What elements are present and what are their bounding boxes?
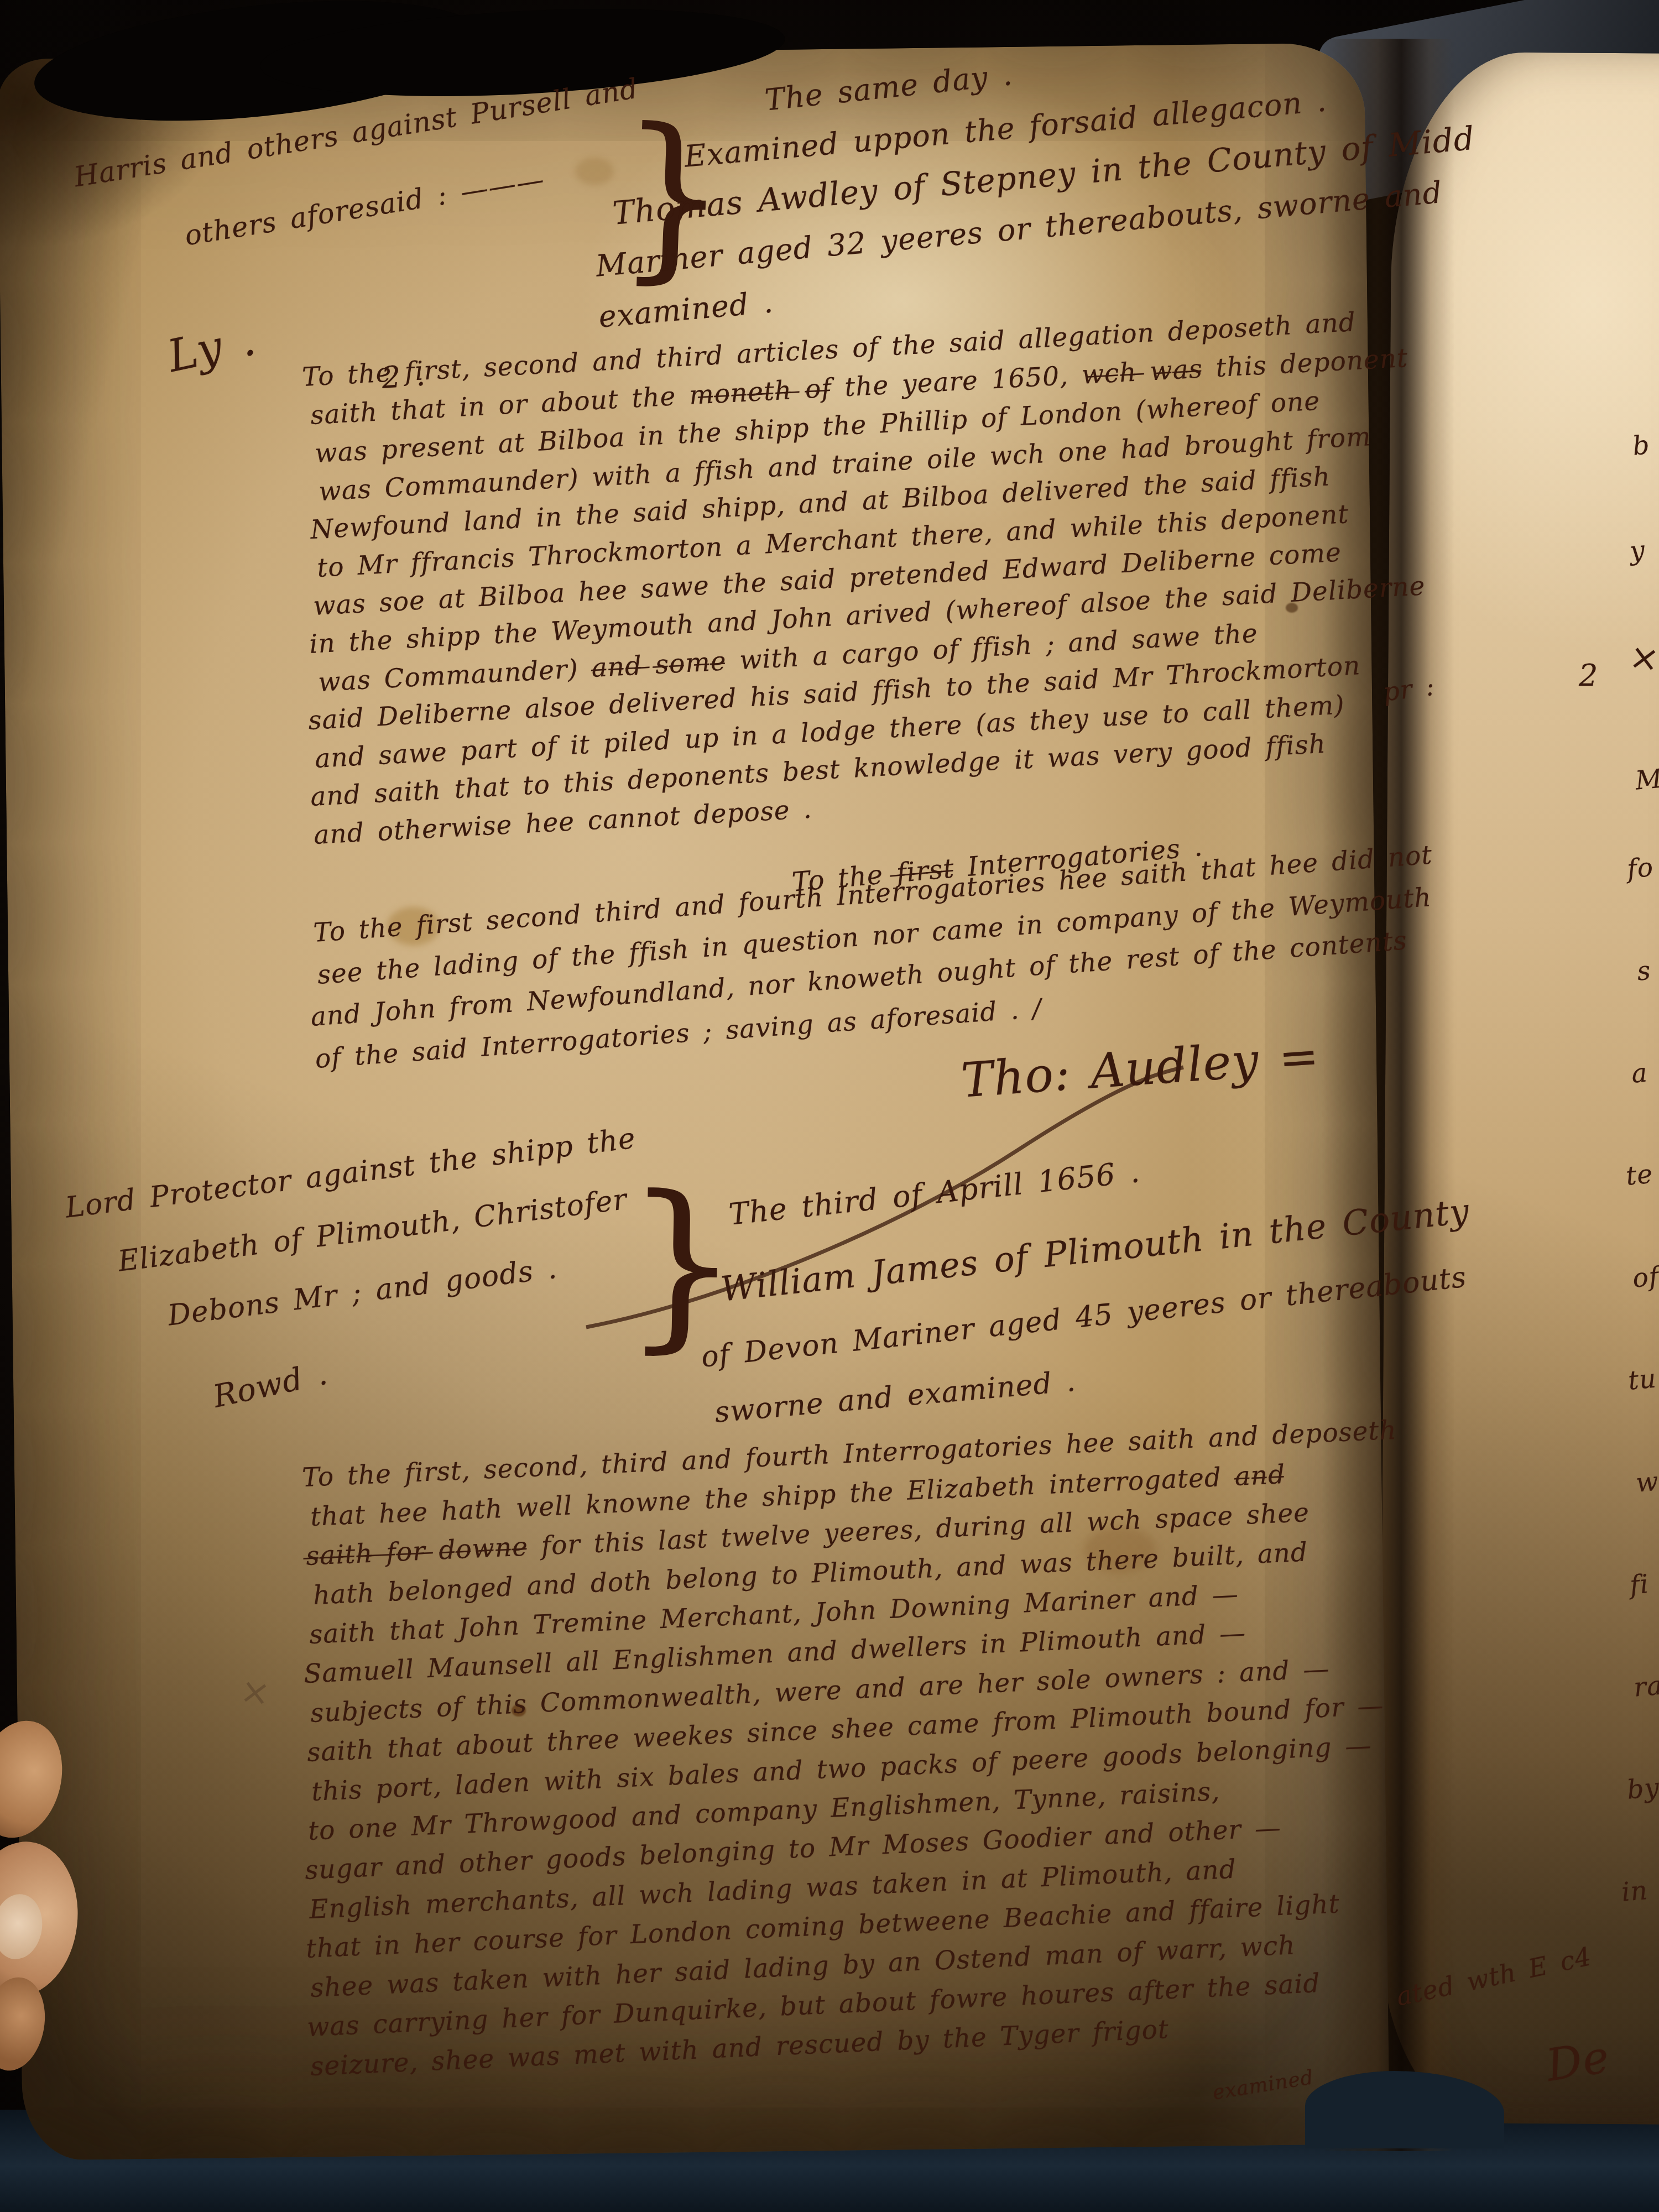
edge-fragment: M xyxy=(1634,764,1659,796)
facing-page-gutter-mark: pr : xyxy=(1381,671,1436,707)
edge-fragment: fi xyxy=(1629,1569,1650,1601)
pencil-cross-mark: × xyxy=(238,1670,273,1715)
facing-page-number: 2 xyxy=(1579,658,1598,693)
edge-fragment: w xyxy=(1635,1466,1659,1498)
edge-fragment: tu xyxy=(1627,1364,1658,1396)
ink-stain xyxy=(575,158,614,185)
facing-page-cross-mark: × xyxy=(1627,636,1659,681)
edge-fragment: of xyxy=(1631,1261,1659,1294)
facing-page-corner-initial: De xyxy=(1543,2031,1613,2091)
edge-fragment: ra xyxy=(1632,1670,1659,1703)
edge-fragment: te xyxy=(1625,1159,1654,1192)
edge-fragment: a xyxy=(1630,1057,1649,1089)
edge-fragment: fo xyxy=(1626,852,1655,885)
edge-fragment: s xyxy=(1636,956,1652,987)
case2-margin-brace: } xyxy=(622,1171,742,1356)
manuscript-photo: 2 × pr : ated wth E c4 De b y M fo s a t… xyxy=(0,0,1659,2212)
edge-fragment: by xyxy=(1626,1772,1659,1806)
edge-fragment: in t xyxy=(1620,1873,1659,1908)
edge-fragment: y xyxy=(1629,535,1646,567)
edge-fragment: b xyxy=(1631,430,1651,462)
